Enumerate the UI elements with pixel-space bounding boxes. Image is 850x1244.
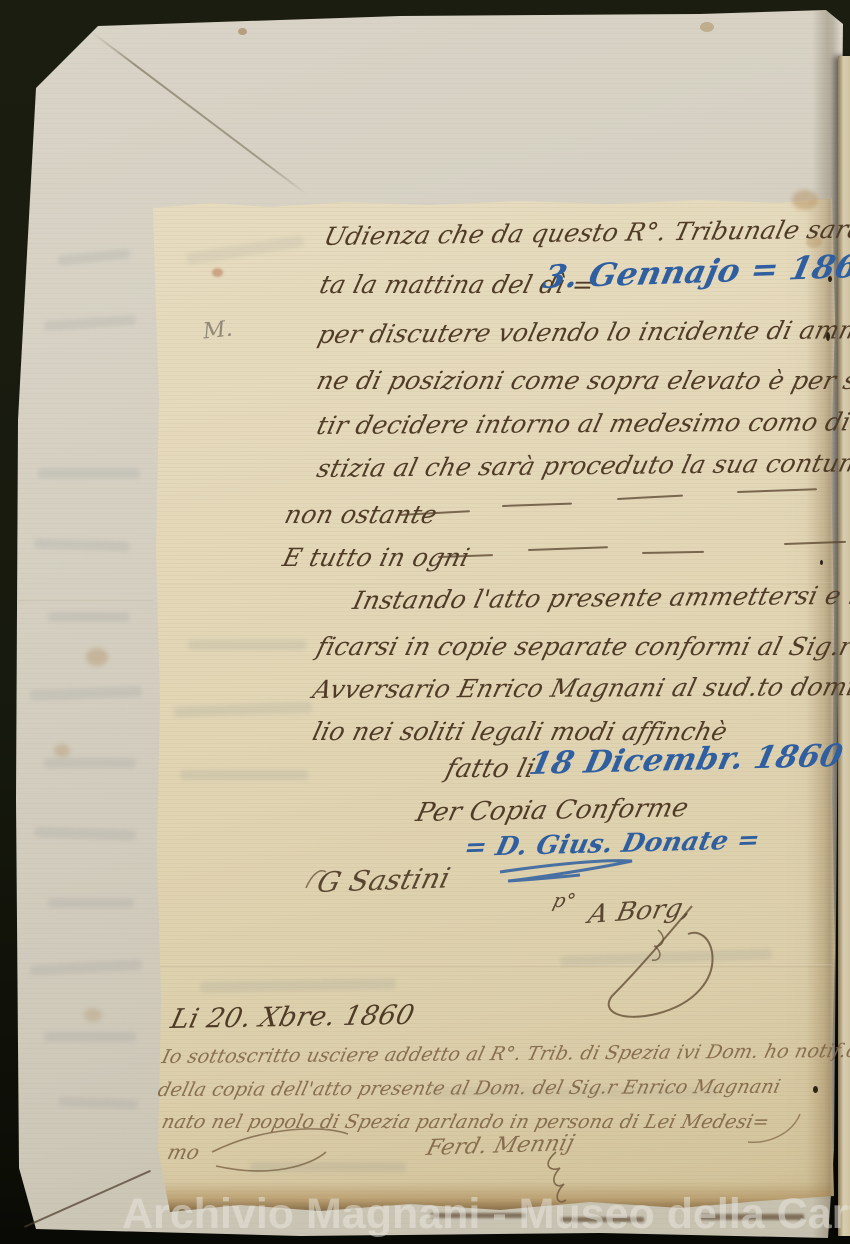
show-through-streak [48, 898, 134, 908]
bailiff-note-line-4: mo [165, 1140, 202, 1164]
signature-mennij: Ferd. Mennij [424, 1131, 577, 1161]
manuscript-line-14-per-copia-conforme: Per Copia Conforme [413, 793, 691, 828]
marginal-mark-M: M. [202, 317, 234, 345]
show-through-streak [44, 1032, 136, 1042]
manuscript-line-06: stizia al che sarà proceduto la sua cont… [314, 448, 850, 483]
horizontal-fold-crease [160, 964, 832, 967]
fox-stain [86, 648, 108, 666]
fox-stain [84, 1008, 102, 1022]
manuscript-line-03: per discutere volendo lo incidente di am… [315, 315, 850, 349]
ink-speck [820, 560, 823, 565]
show-through-streak [180, 770, 308, 780]
show-through-streak [250, 1162, 406, 1172]
scanned-document-stage: M. Udienza che da questo R°. Tribunale s… [0, 0, 850, 1244]
manuscript-date-li-20: Li 20. Xbre. 1860 [168, 1000, 418, 1035]
show-through-streak [188, 640, 306, 650]
show-through-streak [44, 758, 136, 768]
signature-sastini: G Sastini [314, 861, 454, 899]
manuscript-line-04: ne di posizioni come sopra elevato è per… [314, 366, 850, 395]
back-sheet-horizontal-crease [18, 598, 153, 601]
bailiff-note-line-2: della copia dell'atto presente al Dom. d… [156, 1076, 783, 1101]
fox-stain [700, 22, 714, 32]
manuscript-line-13-fatto-li: fatto li [443, 754, 539, 784]
red-stain [212, 268, 223, 277]
manuscript-line-05: tir decidere intorno al medesimo como di… [314, 407, 850, 440]
archive-watermark: Archivio Magnani - Museo della Carta [122, 1190, 850, 1239]
show-through-streak [48, 612, 130, 622]
manuscript-line-11: Avversario Enrico Magnani al sud.to domi… [310, 672, 850, 704]
fox-stain [238, 28, 247, 35]
manuscript-line-09: Instando l'atto presente ammettersi e no… [350, 580, 850, 615]
ink-speck [813, 1086, 818, 1093]
fox-stain [792, 190, 818, 210]
manuscript-line-10: ficarsi in copie separate conformi al Si… [314, 632, 850, 661]
show-through-streak [38, 468, 140, 479]
fox-stain [54, 744, 70, 757]
bailiff-note-line-3: nato nel popolo di Spezia parlando in pe… [160, 1111, 772, 1133]
